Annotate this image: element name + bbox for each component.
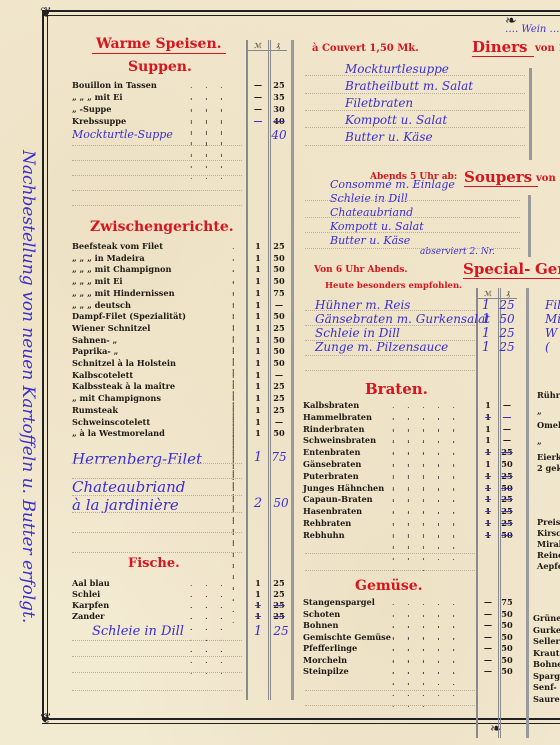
zwischengerichte-item-pfennig: 50	[270, 428, 288, 438]
ruled-line	[305, 370, 475, 371]
zwischengerichte-item-mark: 1	[250, 335, 266, 345]
braten-title: Braten.	[365, 380, 428, 398]
gemuese-item-mark: —	[480, 655, 496, 665]
fische-handwritten-mark: 1	[250, 624, 266, 639]
fische-item-name: Aal blau	[72, 578, 110, 589]
ornament-top-left: ❦	[40, 6, 52, 20]
diners-handwritten-name: Mockturtlesuppe	[345, 62, 449, 76]
ruled-line	[305, 340, 475, 341]
zwischengerichte-handwritten-mark: 2	[250, 496, 266, 511]
zwischengerichte-item-name: „ à la Westmoreland	[72, 428, 165, 439]
zwischengerichte-item-name: Kalbscotelett	[72, 370, 133, 381]
zwischengerichte-item-name: „ „ „ in Madeira	[72, 253, 145, 264]
fische-item-name: Schlei	[72, 589, 100, 600]
braten-item-mark: 1	[480, 518, 496, 528]
fische-item-mark: 1	[250, 578, 266, 588]
edge-egg-item: 2 geko	[537, 463, 560, 474]
gemuese-item-name: Schoten	[303, 609, 340, 620]
diners-title: Diners	[472, 38, 534, 57]
ruled-line	[72, 672, 242, 673]
ruled-line	[72, 532, 242, 533]
braten-item-name: Hasenbraten	[303, 506, 362, 517]
top-handwriting: …. Wein …	[505, 24, 560, 35]
suppen-item-mark: —	[250, 80, 266, 90]
special-handwritten-name: Gänsebraten m. Gurkensalat	[315, 312, 490, 326]
braten-item-name: Entenbraten	[303, 447, 360, 458]
ruled-line	[305, 200, 520, 201]
zwischengerichte-title: Zwischengerichte.	[90, 219, 234, 235]
braten-item-mark: 1	[480, 471, 496, 481]
zwischengerichte-item-pfennig: 50	[270, 335, 288, 345]
gemuese-item-name: Steinpilze	[303, 666, 349, 677]
special-handwritten-mark: 1	[478, 326, 494, 341]
fische-item-name: Karpfen	[72, 600, 109, 611]
fische-handwritten-name: Schleie in Dill	[92, 624, 184, 639]
ruled-line	[305, 325, 475, 326]
gemuese-item-mark: —	[480, 597, 496, 607]
leader-dots: . . . . . . . . . . . . . . . . . .	[190, 116, 242, 182]
diners-handwritten-name: Bratheilbutt m. Salat	[345, 79, 473, 93]
zwischengerichte-handwritten-name: Chateaubriand	[72, 478, 185, 496]
diners-suffix: von 1	[535, 43, 560, 54]
zwischengerichte-item-pfennig: 25	[270, 405, 288, 415]
special-handwritten-mark: 1	[478, 312, 494, 327]
suppen-handwritten-name: Mockturtle-Suppe	[72, 128, 173, 141]
suppen-item-mark: —	[250, 92, 266, 102]
edge-fruit-item: Reinec	[537, 550, 560, 561]
margin-note: Nachbestellung von neuen Kartoffeln u. B…	[4, 150, 44, 670]
zwischengerichte-item-name: „ „ „ deutsch	[72, 300, 131, 311]
special-handwritten-pfennig: 25	[498, 326, 516, 340]
zwischengerichte-item-name: „ mit Champignons	[72, 393, 161, 404]
zwischengerichte-item-mark: 1	[250, 346, 266, 356]
suppen-handwritten-pfennig: 40	[270, 128, 288, 142]
zwischengerichte-item-name: „ „ „ mit Hindernissen	[72, 288, 175, 299]
gemuese-item-pfennig: 75	[498, 597, 516, 607]
zwischengerichte-item-pfennig: 50	[270, 276, 288, 286]
ruled-line	[305, 232, 520, 233]
zwischengerichte-item-mark: 1	[250, 370, 266, 380]
gemuese-item-name: Bohnen	[303, 620, 338, 631]
leader-dots: . . . . . . . . . . . . . . . . . .	[392, 666, 474, 710]
braten-item-mark: 1	[480, 530, 496, 540]
zwischengerichte-item-mark: 1	[250, 381, 266, 391]
ornament-bottom-left: ❦	[40, 712, 52, 726]
zwischengerichte-item-pfennig: 25	[270, 323, 288, 333]
braten-item-name: Puterbraten	[303, 471, 359, 482]
gemuese-item-pfennig: 50	[498, 609, 516, 619]
diners-rule	[529, 68, 532, 160]
zwischengerichte-item-name: Sahnen- „	[72, 335, 117, 346]
zwischengerichte-item-name: Paprika- „	[72, 346, 118, 357]
gemuese-item-pfennig: 50	[498, 666, 516, 676]
special-title-2: Ger	[535, 260, 560, 278]
braten-item-pfennig: 50	[498, 530, 516, 540]
zwischengerichte-handwritten-mark: 1	[250, 450, 266, 465]
zwischengerichte-item-pfennig: 25	[270, 241, 288, 251]
gemuese-item-mark: —	[480, 620, 496, 630]
special-handwritten-mark: 1	[478, 298, 494, 313]
ruled-line	[72, 463, 242, 464]
suppen-item-pfennig: 35	[270, 92, 288, 102]
zwischengerichte-item-name: Schweinscotelett	[72, 417, 150, 428]
zwischengerichte-item-mark: 1	[250, 405, 266, 415]
ruled-line	[72, 205, 242, 206]
ruled-line	[305, 127, 525, 128]
suppen-item-pfennig: 40	[270, 116, 288, 126]
edge-egg-item: Rühre	[537, 390, 560, 401]
zwischengerichte-item-name: „ „ „ mit Ei	[72, 276, 122, 287]
zwischengerichte-item-mark: 1	[250, 241, 266, 251]
edge-egg-item: Eierku	[537, 452, 560, 463]
zwischengerichte-item-pfennig: 25	[270, 381, 288, 391]
fische-item-pfennig: 25	[270, 611, 288, 621]
braten-item-mark: 1	[480, 459, 496, 469]
braten-item-pfennig: —	[498, 400, 516, 410]
soupers-title: Soupers	[464, 168, 538, 187]
zwischengerichte-item-name: „ „ „ mit Champignon	[72, 264, 171, 275]
fische-item-name: Zander	[72, 611, 104, 622]
edge-fruit-item: Mirab	[537, 539, 560, 550]
ruled-line	[72, 512, 242, 513]
gemuese-item-mark: —	[480, 643, 496, 653]
fische-item-mark: 1	[250, 589, 266, 599]
diners-price-note: à Couvert 1,50 Mk.	[312, 43, 419, 54]
ruled-line	[305, 570, 475, 571]
fische-title: Fische.	[128, 556, 180, 571]
suppen-item-mark: —	[250, 116, 266, 126]
suppen-item-name: Krebssuppe	[72, 116, 126, 127]
edge-fruit-item: Aepfel	[537, 561, 560, 572]
braten-item-name: Hammelbraten	[303, 412, 372, 423]
gemuese-title: Gemüse.	[355, 578, 423, 594]
suppen-item-name: „ „ „ mit Ei	[72, 92, 122, 103]
zwischengerichte-item-mark: 1	[250, 358, 266, 368]
special-handwritten-pfennig: 25	[498, 340, 516, 354]
braten-item-mark: 1	[480, 400, 496, 410]
edge-special-handwritten: Fil	[545, 298, 560, 312]
soupers-handwritten-name: Butter u. Käse	[330, 234, 410, 247]
ruled-line	[72, 552, 242, 553]
special-handwritten-name: Schleie in Dill	[315, 326, 400, 340]
zwischengerichte-item-name: Kalbssteak à la maître	[72, 381, 175, 392]
soupers-suffix: von 2	[536, 173, 560, 184]
special-time-note: Von 6 Uhr Abends.	[314, 265, 408, 275]
ruled-line	[305, 110, 525, 111]
gemuese-item-pfennig: 50	[498, 620, 516, 630]
ruled-line	[72, 145, 242, 146]
edge-egg-item: „	[537, 436, 542, 447]
edge-salad-item: Bohne	[533, 659, 560, 670]
fische-item-mark: 1	[250, 611, 266, 621]
ruled-line	[72, 495, 242, 496]
gemuese-item-name: Morcheln	[303, 655, 347, 666]
braten-item-mark: 1	[480, 435, 496, 445]
pfennig-header: ₰	[269, 42, 287, 51]
special-handwritten-pfennig: 25	[498, 298, 516, 312]
zwischengerichte-handwritten-pfennig: 75	[270, 450, 288, 464]
zwischengerichte-item-mark: 1	[250, 300, 266, 310]
edge-egg-item: „	[537, 406, 542, 417]
border-top	[42, 10, 560, 16]
ruled-line	[305, 310, 475, 311]
special-handwritten-name: Zunge m. Pilzensauce	[315, 340, 448, 354]
braten-item-mark: 1	[480, 494, 496, 504]
special-handwritten-mark: 1	[478, 340, 494, 355]
braten-item-name: Gänsebraten	[303, 459, 361, 470]
zwischengerichte-item-pfennig: —	[270, 370, 288, 380]
gemuese-item-pfennig: 50	[498, 643, 516, 653]
margin-note-text: Nachbestellung von neuen Kartoffeln u. B…	[18, 150, 38, 623]
braten-item-pfennig: —	[498, 424, 516, 434]
ruled-line	[305, 690, 475, 691]
column-divider	[268, 40, 269, 700]
diners-handwritten-name: Filetbraten	[345, 96, 413, 110]
zwischengerichte-item-name: Beefsteak vom Filet	[72, 241, 163, 252]
edge-fruit-item: Kirsch	[537, 528, 560, 539]
edge-salad-item: Sparge	[533, 671, 560, 682]
braten-item-name: Rehbraten	[303, 518, 351, 529]
edge-salad-item: Grüne	[533, 613, 560, 624]
ruled-line	[72, 690, 242, 691]
zwischengerichte-item-mark: 1	[250, 288, 266, 298]
suppen-item-pfennig: 25	[270, 80, 288, 90]
zwischengerichte-item-pfennig: 75	[270, 288, 288, 298]
zwischengerichte-item-name: Wiener Schnitzel	[72, 323, 150, 334]
edge-salad-item: Selleri	[533, 636, 560, 647]
fische-item-pfennig: 25	[270, 589, 288, 599]
edge-salad-item: Gurke	[533, 625, 560, 636]
zwischengerichte-handwritten-name: Herrenberg-Filet	[72, 450, 202, 468]
braten-item-mark: 1	[480, 506, 496, 516]
braten-item-mark: 1	[480, 447, 496, 457]
ruled-line	[305, 705, 475, 706]
gemuese-item-pfennig: 50	[498, 632, 516, 642]
zwischengerichte-item-mark: 1	[250, 264, 266, 274]
special-handwritten-pfennig: 50	[498, 312, 516, 326]
ruled-line	[72, 640, 242, 641]
leader-dots: . . . . . . . . . . . . . . . . . .	[190, 611, 242, 677]
ruled-line	[305, 217, 520, 218]
ruled-line	[72, 175, 242, 176]
zwischengerichte-item-pfennig: 25	[270, 393, 288, 403]
diners-handwritten-name: Kompott u. Salat	[345, 113, 447, 127]
edge-salad-item: Saure	[533, 694, 560, 705]
suppen-item-name: Bouillon in Tassen	[72, 80, 157, 91]
edge-special-handwritten: W	[545, 326, 557, 340]
ruled-line	[72, 190, 242, 191]
zwischengerichte-item-mark: 1	[250, 323, 266, 333]
leader-dots: . . . . . . . . . . . . . . . . . .	[392, 530, 474, 574]
braten-item-pfennig: 25	[498, 447, 516, 457]
braten-item-name: Junges Hähnchen	[303, 483, 384, 494]
braten-item-pfennig: 25	[498, 518, 516, 528]
edge-salad-item: Kraut	[533, 648, 559, 659]
braten-item-pfennig: —	[498, 435, 516, 445]
zwischengerichte-item-pfennig: 50	[270, 253, 288, 263]
edge-fruit-item: Preise	[537, 517, 560, 528]
zwischengerichte-item-pfennig: —	[270, 300, 288, 310]
zwischengerichte-item-name: Rumsteak	[72, 405, 118, 416]
mark-header: ℳ	[248, 42, 268, 51]
suppen-item-name: „ -Suppe	[72, 104, 111, 115]
suppen-item-pfennig: 30	[270, 104, 288, 114]
zwischengerichte-item-mark: 1	[250, 311, 266, 321]
edge-egg-item: Omele	[537, 420, 560, 431]
soupers-handwritten-name: Schleie in Dill	[330, 192, 408, 205]
gemuese-item-pfennig: 50	[498, 655, 516, 665]
suppen-item-mark: —	[250, 104, 266, 114]
ruled-line	[72, 160, 242, 161]
gemuese-item-name: Pfefferlinge	[303, 643, 357, 654]
gemuese-item-mark: —	[480, 609, 496, 619]
braten-item-mark: 1	[480, 424, 496, 434]
gemuese-item-mark: —	[480, 666, 496, 676]
ruled-line	[305, 145, 525, 146]
zwischengerichte-item-mark: 1	[250, 276, 266, 286]
ruled-line	[305, 75, 525, 76]
edge-special-handwritten: Mi	[545, 312, 560, 326]
braten-item-name: Rinderbraten	[303, 424, 364, 435]
gemuese-item-mark: —	[480, 632, 496, 642]
ruled-line	[305, 248, 520, 249]
zwischengerichte-item-pfennig: 50	[270, 311, 288, 321]
warm-dishes-title: Warme Speisen.	[92, 36, 226, 54]
zwischengerichte-item-name: Schnitzel à la Holstein	[72, 358, 176, 369]
zwischengerichte-item-pfennig: 50	[270, 358, 288, 368]
zwischengerichte-item-pfennig: —	[270, 417, 288, 427]
braten-item-pfennig: 25	[498, 494, 516, 504]
braten-item-pfennig: 50	[498, 459, 516, 469]
braten-item-pfennig: —	[498, 412, 516, 422]
column-rule	[291, 40, 294, 700]
zwischengerichte-item-pfennig: 50	[270, 264, 288, 274]
ruled-line	[72, 656, 242, 657]
ruled-line	[72, 478, 242, 479]
zwischengerichte-item-pfennig: 50	[270, 346, 288, 356]
special-recommended: Heute besonders empfohlen.	[325, 281, 462, 291]
soupers-handwritten-name: Consommé m. Einlage	[330, 178, 455, 191]
fische-item-pfennig: 25	[270, 578, 288, 588]
suppen-title: Suppen.	[128, 59, 192, 75]
edge-special-handwritten: (	[545, 340, 550, 354]
ruled-line	[305, 93, 525, 94]
soupers-rule	[528, 195, 531, 257]
braten-item-pfennig: 25	[498, 471, 516, 481]
edge-salad-item: Senf-	[533, 682, 557, 693]
gemuese-item-name: Stangenspargel	[303, 597, 375, 608]
braten-item-name: Schweinsbraten	[303, 435, 376, 446]
braten-item-name: Rebhuhn	[303, 530, 345, 541]
braten-item-name: Capaun-Braten	[303, 494, 373, 505]
zwischengerichte-handwritten-pfennig: 50	[272, 496, 290, 510]
braten-item-mark: 1	[480, 412, 496, 422]
zwischengerichte-item-name: Dampf-Filet (Spezialität)	[72, 311, 186, 322]
braten-item-pfennig: 50	[498, 483, 516, 493]
diners-handwritten-name: Butter u. Käse	[345, 130, 433, 144]
braten-item-mark: 1	[480, 483, 496, 493]
zwischengerichte-item-mark: 1	[250, 428, 266, 438]
zwischengerichte-item-mark: 1	[250, 393, 266, 403]
zwischengerichte-item-mark: 1	[250, 253, 266, 263]
gemuese-item-name: Gemischte Gemüse	[303, 632, 391, 643]
zwischengerichte-item-mark: 1	[250, 417, 266, 427]
fische-handwritten-pfennig: 25	[272, 624, 290, 638]
ruled-line	[305, 355, 475, 356]
fische-item-mark: 1	[250, 600, 266, 610]
braten-item-name: Kalbsbraten	[303, 400, 359, 411]
braten-item-pfennig: 25	[498, 506, 516, 516]
right-column-rule	[526, 288, 529, 738]
ruled-line	[305, 553, 475, 554]
fische-item-pfennig: 25	[270, 600, 288, 610]
